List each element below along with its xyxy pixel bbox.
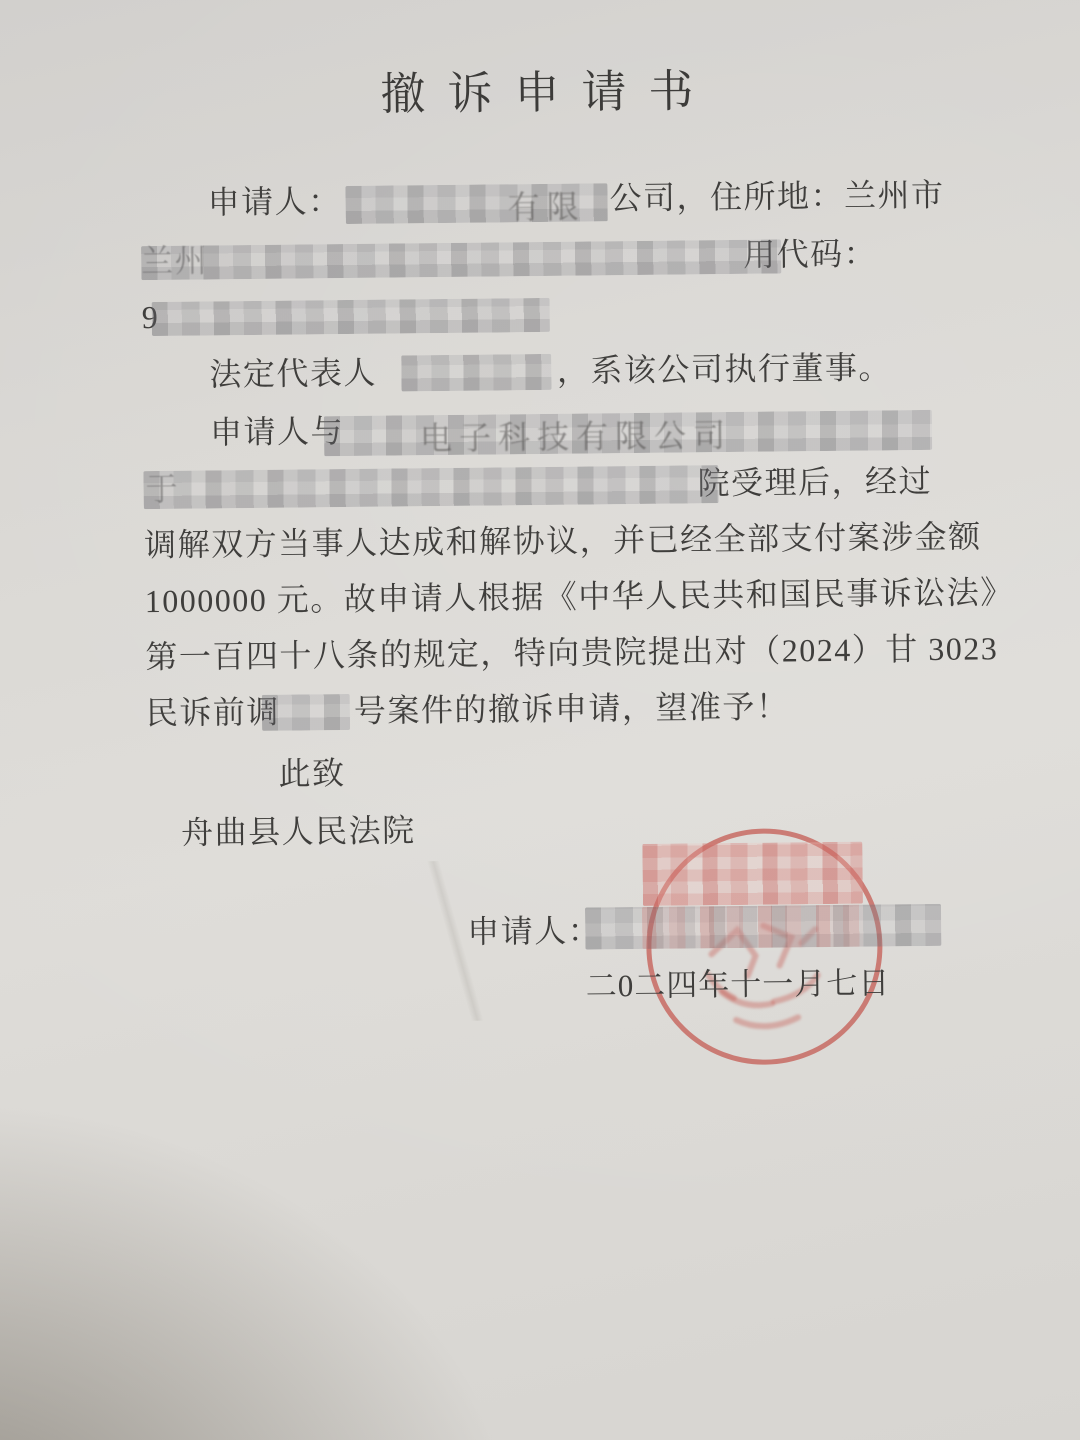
case-start-text: 民诉前调 bbox=[146, 694, 280, 731]
case-visible-text: 号案件的撤诉申请，望准予！ bbox=[354, 688, 790, 729]
line-applicant: 申请人：有限公司，住所地：兰州市 bbox=[207, 172, 944, 226]
line-acceptance: 于 院受理后，经过 bbox=[143, 458, 943, 466]
dispute-ghost-text: 电子科技有限公司 bbox=[324, 415, 732, 459]
paper-crease bbox=[424, 861, 486, 1022]
redaction-case-number bbox=[143, 465, 718, 509]
applicant-label: 申请人： bbox=[207, 183, 341, 220]
line-mediation: 调解双方当事人达成和解协议，并已经全部支付案涉金额 bbox=[144, 513, 982, 568]
redaction-credit-code bbox=[151, 298, 549, 336]
legal-rep-label: 法定代表人 bbox=[209, 355, 377, 393]
redaction-address bbox=[141, 239, 781, 280]
line-date: 二0二四年十一月七日 bbox=[586, 960, 891, 1009]
line-signature: 申请人： bbox=[467, 904, 941, 955]
line-case-withdrawal: 民诉前调号案件的撤诉申请，望准予！ bbox=[146, 683, 790, 736]
line-amount: 1000000 元。故申请人根据《中华人民共和国民事诉讼法》 bbox=[145, 569, 1014, 624]
line-credit-code: 9 bbox=[142, 290, 550, 340]
line-legal-rep: 法定代表人，系该公司执行董事。 bbox=[209, 344, 892, 397]
line-address: 兰州 用代码： bbox=[141, 230, 941, 238]
line-closing: 此致 bbox=[278, 750, 345, 797]
redaction-signature-seal-tint bbox=[642, 905, 863, 949]
redaction-respondent: 电子科技有限公司 bbox=[324, 410, 932, 456]
applicant-visible-text: 公司，住所地：兰州市 bbox=[609, 177, 944, 217]
document-title: 撤诉申请书 bbox=[380, 54, 716, 123]
redaction-signature bbox=[585, 904, 941, 950]
acceptance-visible-text: 院受理后，经过 bbox=[697, 458, 932, 506]
line-article: 第一百四十八条的规定，特向贵院提出对（2024）甘 3023 bbox=[145, 625, 998, 680]
redaction-legal-rep-name bbox=[401, 354, 551, 392]
document-photo: 撤诉申请书 申请人：有限公司，住所地：兰州市 兰州 用代码： 9 法定代表人，系… bbox=[0, 0, 1080, 1440]
redaction-case-digits bbox=[262, 694, 350, 731]
redaction-seal-top bbox=[642, 842, 863, 906]
signature-label: 申请人： bbox=[467, 912, 601, 949]
legal-rep-visible-text: ，系该公司执行董事。 bbox=[557, 349, 892, 389]
line-dispute: 申请人与电子科技有限公司 bbox=[210, 402, 932, 458]
withdrawal-application-document: 撤诉申请书 申请人：有限公司，住所地：兰州市 兰州 用代码： 9 法定代表人，系… bbox=[0, 0, 1080, 1440]
redaction-company-name: 有限 bbox=[345, 183, 607, 224]
applicant-ghost-text: 有限 bbox=[345, 188, 585, 229]
line-court: 舟曲县人民法院 bbox=[181, 807, 416, 855]
